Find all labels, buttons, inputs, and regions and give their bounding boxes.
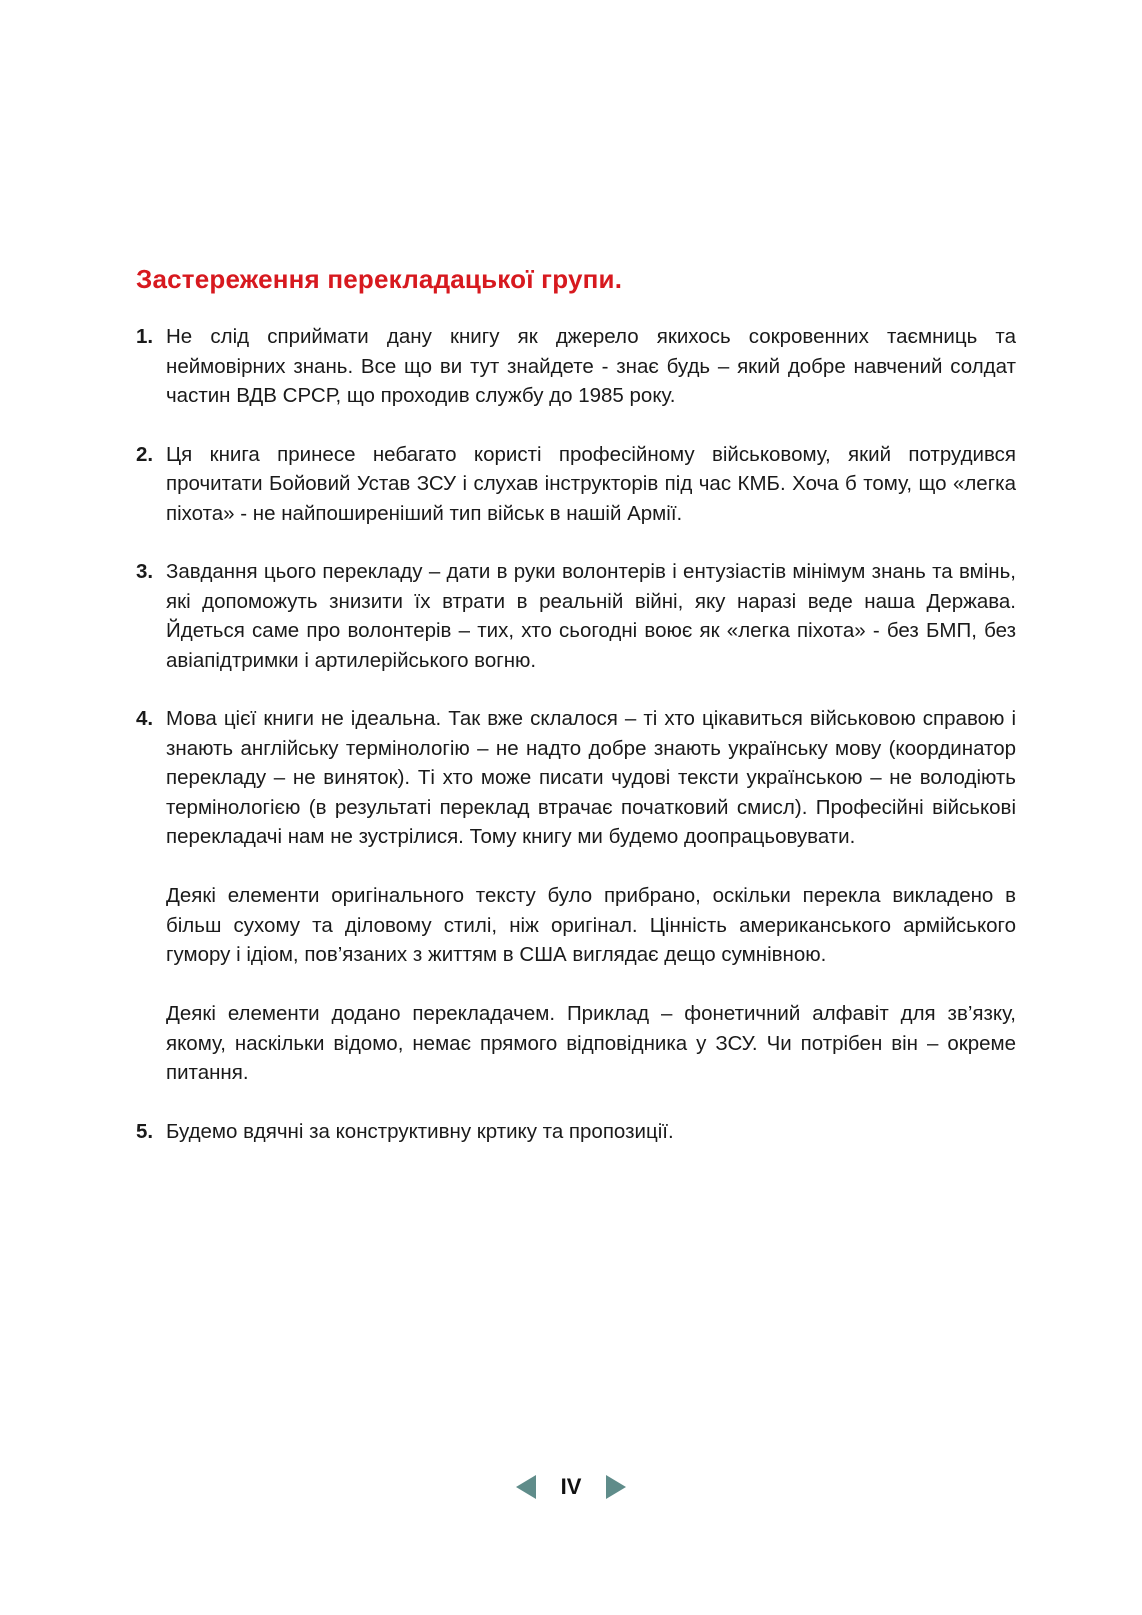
item-number: 1. (136, 322, 153, 352)
item-paragraph: Мова цієї книги не ідеальна. Так вже скл… (166, 704, 1016, 852)
list-item-4: 4. Мова цієї книги не ідеальна. Так вже … (136, 704, 1016, 1088)
list-item-5: 5. Будемо вдячні за конструктивну кртику… (136, 1117, 1016, 1147)
item-number: 2. (136, 440, 153, 470)
list-item-1: 1. Не слід сприймати дану книгу як джере… (136, 322, 1016, 411)
previous-page-arrow-icon[interactable] (516, 1475, 536, 1499)
next-page-arrow-icon[interactable] (606, 1475, 626, 1499)
item-number: 3. (136, 557, 153, 587)
disclaimer-list: 1. Не слід сприймати дану книгу як джере… (136, 322, 1016, 1175)
list-item-2: 2. Ця книга принесе небагато користі про… (136, 440, 1016, 529)
item-number: 5. (136, 1117, 153, 1147)
item-number: 4. (136, 704, 153, 734)
page-number: IV (554, 1474, 588, 1500)
item-paragraph: Деякі елементи оригінального тексту було… (166, 881, 1016, 970)
page-navigation: IV (0, 1470, 1142, 1504)
item-paragraph: Не слід сприймати дану книгу як джерело … (166, 322, 1016, 411)
item-paragraph: Ця книга принесе небагато користі профес… (166, 440, 1016, 529)
item-paragraph: Будемо вдячні за конструктивну кртику та… (166, 1117, 1016, 1147)
list-item-3: 3. Завдання цього перекладу – дати в рук… (136, 557, 1016, 675)
item-paragraph: Завдання цього перекладу – дати в руки в… (166, 557, 1016, 675)
page-title: Застереження перекладацької групи. (136, 264, 622, 295)
item-paragraph: Деякі елементи додано перекладачем. Прик… (166, 999, 1016, 1088)
